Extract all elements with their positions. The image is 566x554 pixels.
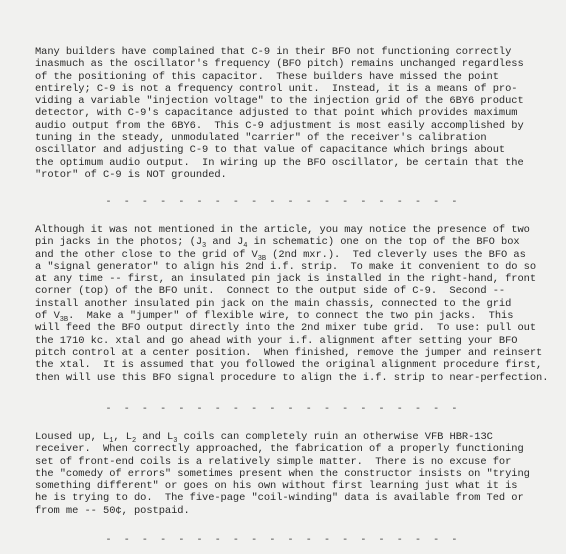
- text-line: receiver. When correctly approached, the…: [35, 443, 565, 455]
- text-line: of the positioning of this capacitor. Th…: [35, 71, 565, 83]
- text-line: a "signal generator" to align his 2nd i.…: [35, 261, 565, 273]
- section-divider: - - - - - - - - - - - - - - - - - - - -: [0, 535, 566, 546]
- text-line: will feed the BFO output directly into t…: [35, 322, 565, 334]
- text-line: and the other close to the grid of V3B (…: [35, 249, 565, 261]
- paragraph-c9-capacitor: Many builders have complained that C-9 i…: [35, 46, 565, 181]
- text-line: Although it was not mentioned in the art…: [35, 224, 565, 236]
- text-line: corner (top) of the BFO unit. Connect to…: [35, 285, 565, 297]
- text-line: then will use this BFO signal procedure …: [35, 372, 565, 384]
- text-line: tuning in the steady, unmodulated "carri…: [35, 132, 565, 144]
- text-line: the 1710 kc. xtal and go ahead with your…: [35, 335, 565, 347]
- text-line: he is trying to do. The five-page "coil-…: [35, 492, 565, 504]
- text-line: "rotor" of C-9 is NOT grounded.: [35, 169, 565, 181]
- section-divider: - - - - - - - - - - - - - - - - - - - -: [0, 197, 566, 208]
- text-line: at any time -- first, an insulated pin j…: [35, 273, 565, 285]
- text-line: oscillator and adjusting C-9 to that val…: [35, 144, 565, 156]
- text-line: Loused up, L1, L2 and L3 coils can compl…: [35, 431, 565, 443]
- text-line: Many builders have complained that C-9 i…: [35, 46, 565, 58]
- paragraph-front-end-coils: Loused up, L1, L2 and L3 coils can compl…: [35, 431, 565, 517]
- section-divider: - - - - - - - - - - - - - - - - - - - -: [0, 404, 566, 415]
- text-line: the "comedy of errors" sometimes present…: [35, 468, 565, 480]
- document-page: Many builders have complained that C-9 i…: [0, 0, 566, 554]
- text-line: the optimum audio output. In wiring up t…: [35, 157, 565, 169]
- text-line: set of front-end coils is a relatively s…: [35, 456, 565, 468]
- text-line: pin jacks in the photos; (J3 and J4 in s…: [35, 236, 565, 248]
- text-line: viding a variable "injection voltage" to…: [35, 95, 565, 107]
- paragraph-pin-jacks: Although it was not mentioned in the art…: [35, 224, 565, 384]
- text-line: install another insulated pin jack on th…: [35, 298, 565, 310]
- text-line: pitch control at a center position. When…: [35, 347, 565, 359]
- text-line: the xtal. It is assumed that you followe…: [35, 359, 565, 371]
- text-line: inasmuch as the oscillator's frequency (…: [35, 58, 565, 70]
- text-line: audio output from the 6BY6. This C-9 adj…: [35, 120, 565, 132]
- text-line: detector, with C-9's capacitance adjuste…: [35, 107, 565, 119]
- text-line: of V3B. Make a "jumper" of flexible wire…: [35, 310, 565, 322]
- text-line: something different" or goes on his own …: [35, 480, 565, 492]
- text-line: from me -- 50¢, postpaid.: [35, 505, 565, 517]
- text-line: entirely; C-9 is not a frequency control…: [35, 83, 565, 95]
